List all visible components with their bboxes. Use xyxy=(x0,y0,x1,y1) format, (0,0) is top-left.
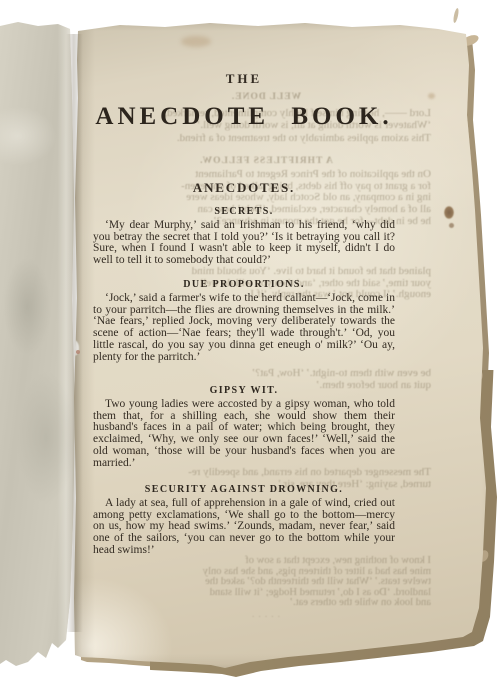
tan-stain xyxy=(181,36,211,47)
section-body: A lady at sea, full of apprehension in a… xyxy=(93,498,395,557)
show-through-line: plained that he found it hard to live. ‘… xyxy=(101,266,431,278)
brown-stain xyxy=(449,223,454,228)
foxing-spot xyxy=(428,93,435,99)
section-gipsy-wit: GIPSY WIT. Two young ladies were accoste… xyxy=(93,385,395,469)
show-through-line: On the application of the Prince Regent … xyxy=(101,169,431,181)
book-photo: WELL DONE. Lord ——, hearing himself high… xyxy=(0,0,500,690)
show-through-line: I know of nothing new, except that a sow… xyxy=(101,556,431,567)
show-through-line: This axiom applies admirably to the trea… xyxy=(101,132,431,144)
brown-stain xyxy=(444,206,454,219)
book-page: WELL DONE. Lord ——, hearing himself high… xyxy=(73,20,497,672)
show-through-block: I know of nothing new, except that a sow… xyxy=(101,556,431,609)
paper-fiber xyxy=(452,8,459,24)
show-through-line: and look on while the others eat.’ xyxy=(101,598,431,609)
section-heading: SECURITY AGAINST DROWNING. xyxy=(93,484,395,496)
page-header-word: THE xyxy=(93,71,395,87)
section-heading: SECRETS. xyxy=(93,206,395,218)
show-through-line: WELL DONE. xyxy=(101,92,431,104)
show-through-line: A THRIFTLESS FELLOW. xyxy=(101,156,431,168)
section-body: Two young ladies were accosted by a gips… xyxy=(93,399,395,469)
section-security-against-drowning: SECURITY AGAINST DROWNING. A lady at sea… xyxy=(93,484,395,557)
section-due-proportions: DUE PROPORTIONS. ‘Jock,’ said a farmer's… xyxy=(93,279,395,363)
show-through-line: be even with them to-night.’ ‘How, Pat?’ xyxy=(193,368,431,380)
section-heading: DUE PROPORTIONS. xyxy=(93,279,395,291)
collection-heading: ANECDOTES. xyxy=(93,180,395,196)
show-through-line: · · · · · xyxy=(101,612,431,624)
section-body: ‘My dear Murphy,’ said an Irishman to hi… xyxy=(93,220,395,267)
section-heading: GIPSY WIT. xyxy=(93,385,395,397)
page-title: ANECDOTE BOOK. xyxy=(93,103,395,131)
section-secrets: SECRETS. ‘My dear Murphy,’ said an Irish… xyxy=(93,206,395,267)
gutter-shadow xyxy=(66,34,83,632)
section-body: ‘Jock,’ said a farmer's wife to the herd… xyxy=(93,293,395,363)
